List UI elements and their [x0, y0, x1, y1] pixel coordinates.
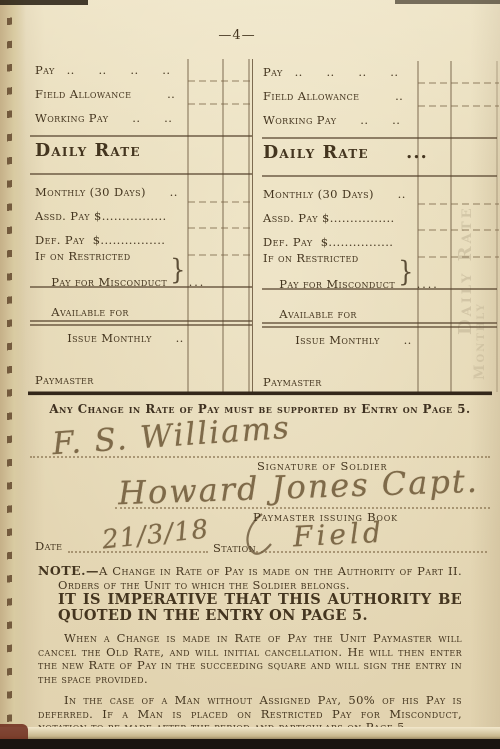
binding-edge [0, 0, 26, 749]
paybook-page-scan: Daily Rate Monthly —4— [0, 0, 500, 749]
row-pay-right: Pay .. .. .. .. [263, 65, 398, 79]
row-available-left: Available for Issue Monthly .. [35, 293, 184, 358]
available-line1: Available for [279, 307, 357, 321]
soldier-signature-line [30, 456, 490, 458]
restricted-line1: If on Restricted [263, 251, 359, 265]
note-paragraph-2: When a Change is made in Rate of Pay the… [38, 632, 462, 686]
restricted-line2: Pay for Misconduct [279, 277, 395, 291]
available-line2: Issue Monthly .. [279, 333, 411, 347]
row-def-pay-left: Def. Pay $................ [35, 233, 165, 247]
heavy-rule [28, 392, 492, 396]
note-heading: NOTE.— [38, 563, 99, 578]
bleed-through-text: Daily Rate [455, 125, 476, 335]
binding-stitches [7, 2, 12, 740]
row-assd-pay-left: Assd. Pay $................ [35, 209, 167, 223]
row-daily-rate-right: Daily Rate ... [263, 143, 428, 163]
brace-glyph: } [170, 253, 186, 285]
date-label: Date [35, 539, 62, 553]
row-def-pay-right: Def. Pay $................ [263, 235, 393, 249]
row-paymaster-left: Paymaster [35, 373, 94, 387]
row-field-allowance-right: Field Allowance .. [263, 89, 403, 103]
restricted-dots: .... [417, 278, 439, 291]
row-assd-pay-right: Assd. Pay $................ [263, 211, 395, 225]
bleed-through-text: Monthly [472, 250, 488, 380]
row-paymaster-right: Paymaster [263, 375, 322, 389]
restricted-line2: Pay for Misconduct [51, 275, 167, 289]
row-daily-rate-left: Daily Rate [35, 141, 141, 161]
row-working-pay-right: Working Pay .. .. [263, 113, 400, 127]
note-paragraph-1: NOTE.—A Change in Rate of Pay is made on… [38, 564, 462, 592]
page-number: —4— [26, 28, 448, 43]
note-block: NOTE.—A Change in Rate of Pay is made on… [38, 564, 462, 743]
note-paragraph-1-emphasis: IT IS IMPERATIVE THAT THIS AUTHORITY BE … [38, 592, 462, 623]
top-left-shadow [0, 0, 88, 5]
note-p1-text: A Change in Rate of Pay is made on the A… [58, 564, 462, 592]
paymaster-signature-handwriting: Howard Jones Capt. [117, 462, 479, 513]
row-available-right: Available for Issue Monthly .. [263, 295, 412, 360]
date-handwriting: 21/3/18 [101, 514, 211, 555]
row-pay-left: Pay .. .. .. .. [35, 63, 170, 77]
available-line2: Issue Monthly .. [51, 331, 183, 345]
restricted-dots: ... [189, 276, 206, 289]
top-right-shadow [395, 0, 500, 4]
row-restricted-left: If on Restricted Pay for Misconduct } ..… [35, 250, 205, 289]
brace-glyph: } [398, 255, 414, 287]
restricted-line1: If on Restricted [35, 249, 131, 263]
row-restricted-right: If on Restricted Pay for Misconduct } ..… [263, 252, 439, 291]
station-handwriting: Field [292, 516, 385, 554]
available-line1: Available for [51, 305, 129, 319]
soldier-signature-handwriting: F. S. Williams [51, 410, 292, 463]
station-label: Station [213, 541, 256, 555]
row-monthly-left: Monthly (30 Days) .. [35, 185, 178, 199]
paymaster-signature-line [115, 507, 490, 509]
row-working-pay-left: Working Pay .. .. [35, 111, 172, 125]
station-line [256, 551, 487, 553]
row-monthly-right: Monthly (30 Days) .. [263, 187, 406, 201]
bottom-dark-band [0, 739, 500, 749]
row-field-allowance-left: Field Allowance .. [35, 87, 175, 101]
